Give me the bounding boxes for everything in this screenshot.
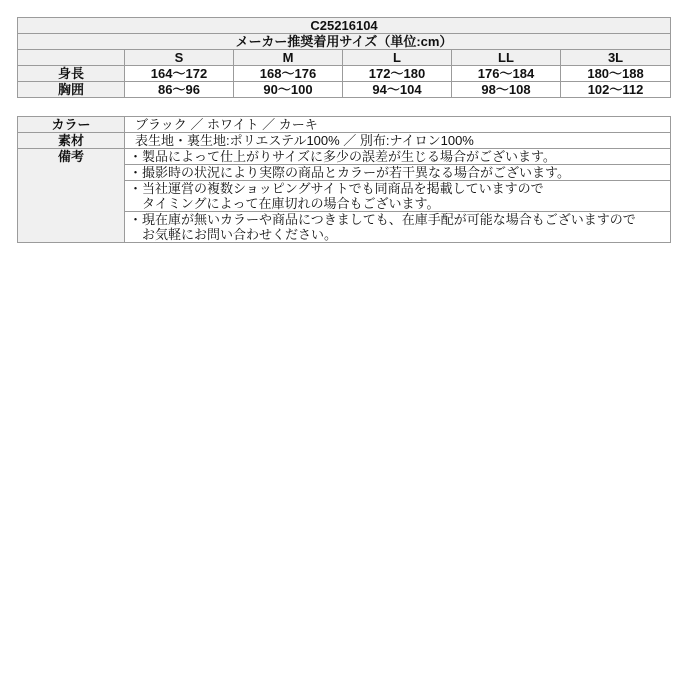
height-row: 身長 164～172 168～176 172～180 176～184 180～1… [18,66,671,82]
note-item-2: ・撮影時の状況により実際の商品とカラーが若干異なる場合がございます。 [125,165,671,181]
size-header-empty [18,50,125,66]
color-row: カラー ブラック ／ ホワイト ／ カーキ [18,117,671,133]
height-value-m: 168～176 [234,66,343,82]
material-row: 素材 表生地・裏生地:ポリエステル100% ／ 別布:ナイロン100% [18,133,671,149]
notes-label: 備考 [18,149,125,243]
size-header-m: M [234,50,343,66]
size-header-l: L [343,50,452,66]
height-value-3l: 180～188 [561,66,671,82]
material-value: 表生地・裏生地:ポリエステル100% ／ 別布:ナイロン100% [125,133,671,149]
color-label: カラー [18,117,125,133]
height-value-l: 172～180 [343,66,452,82]
chest-value-s: 86～96 [125,82,234,98]
material-label: 素材 [18,133,125,149]
color-value: ブラック ／ ホワイト ／ カーキ [125,117,671,133]
height-row-label: 身長 [18,66,125,82]
chest-value-3l: 102～112 [561,82,671,98]
size-chart-title: メーカー推奨着用サイズ（単位:cm） [18,34,671,50]
chest-value-ll: 98～108 [452,82,561,98]
product-code: C25216104 [18,18,671,34]
height-value-ll: 176～184 [452,66,561,82]
product-code-row: C25216104 [18,18,671,34]
product-info-table: カラー ブラック ／ ホワイト ／ カーキ 素材 表生地・裏生地:ポリエステル1… [17,116,671,243]
note-item-3: ・当社運営の複数ショッピングサイトでも同商品を掲載していますので タイミングによ… [125,181,671,212]
chest-row-label: 胸囲 [18,82,125,98]
size-header-row: S M L LL 3L [18,50,671,66]
chest-row: 胸囲 86～96 90～100 94～104 98～108 102～112 [18,82,671,98]
size-chart-title-row: メーカー推奨着用サイズ（単位:cm） [18,34,671,50]
note-item-1: ・製品によって仕上がりサイズに多少の誤差が生じる場合がございます。 [125,149,671,165]
note-item-4: ・現在庫が無いカラーや商品につきましても、在庫手配が可能な場合もございますので … [125,212,671,243]
note-row: 備考 ・製品によって仕上がりサイズに多少の誤差が生じる場合がございます。 [18,149,671,165]
size-header-ll: LL [452,50,561,66]
size-header-3l: 3L [561,50,671,66]
chest-value-m: 90～100 [234,82,343,98]
size-header-s: S [125,50,234,66]
height-value-s: 164～172 [125,66,234,82]
size-chart-table: C25216104 メーカー推奨着用サイズ（単位:cm） S M L LL 3L… [17,17,671,98]
chest-value-l: 94～104 [343,82,452,98]
